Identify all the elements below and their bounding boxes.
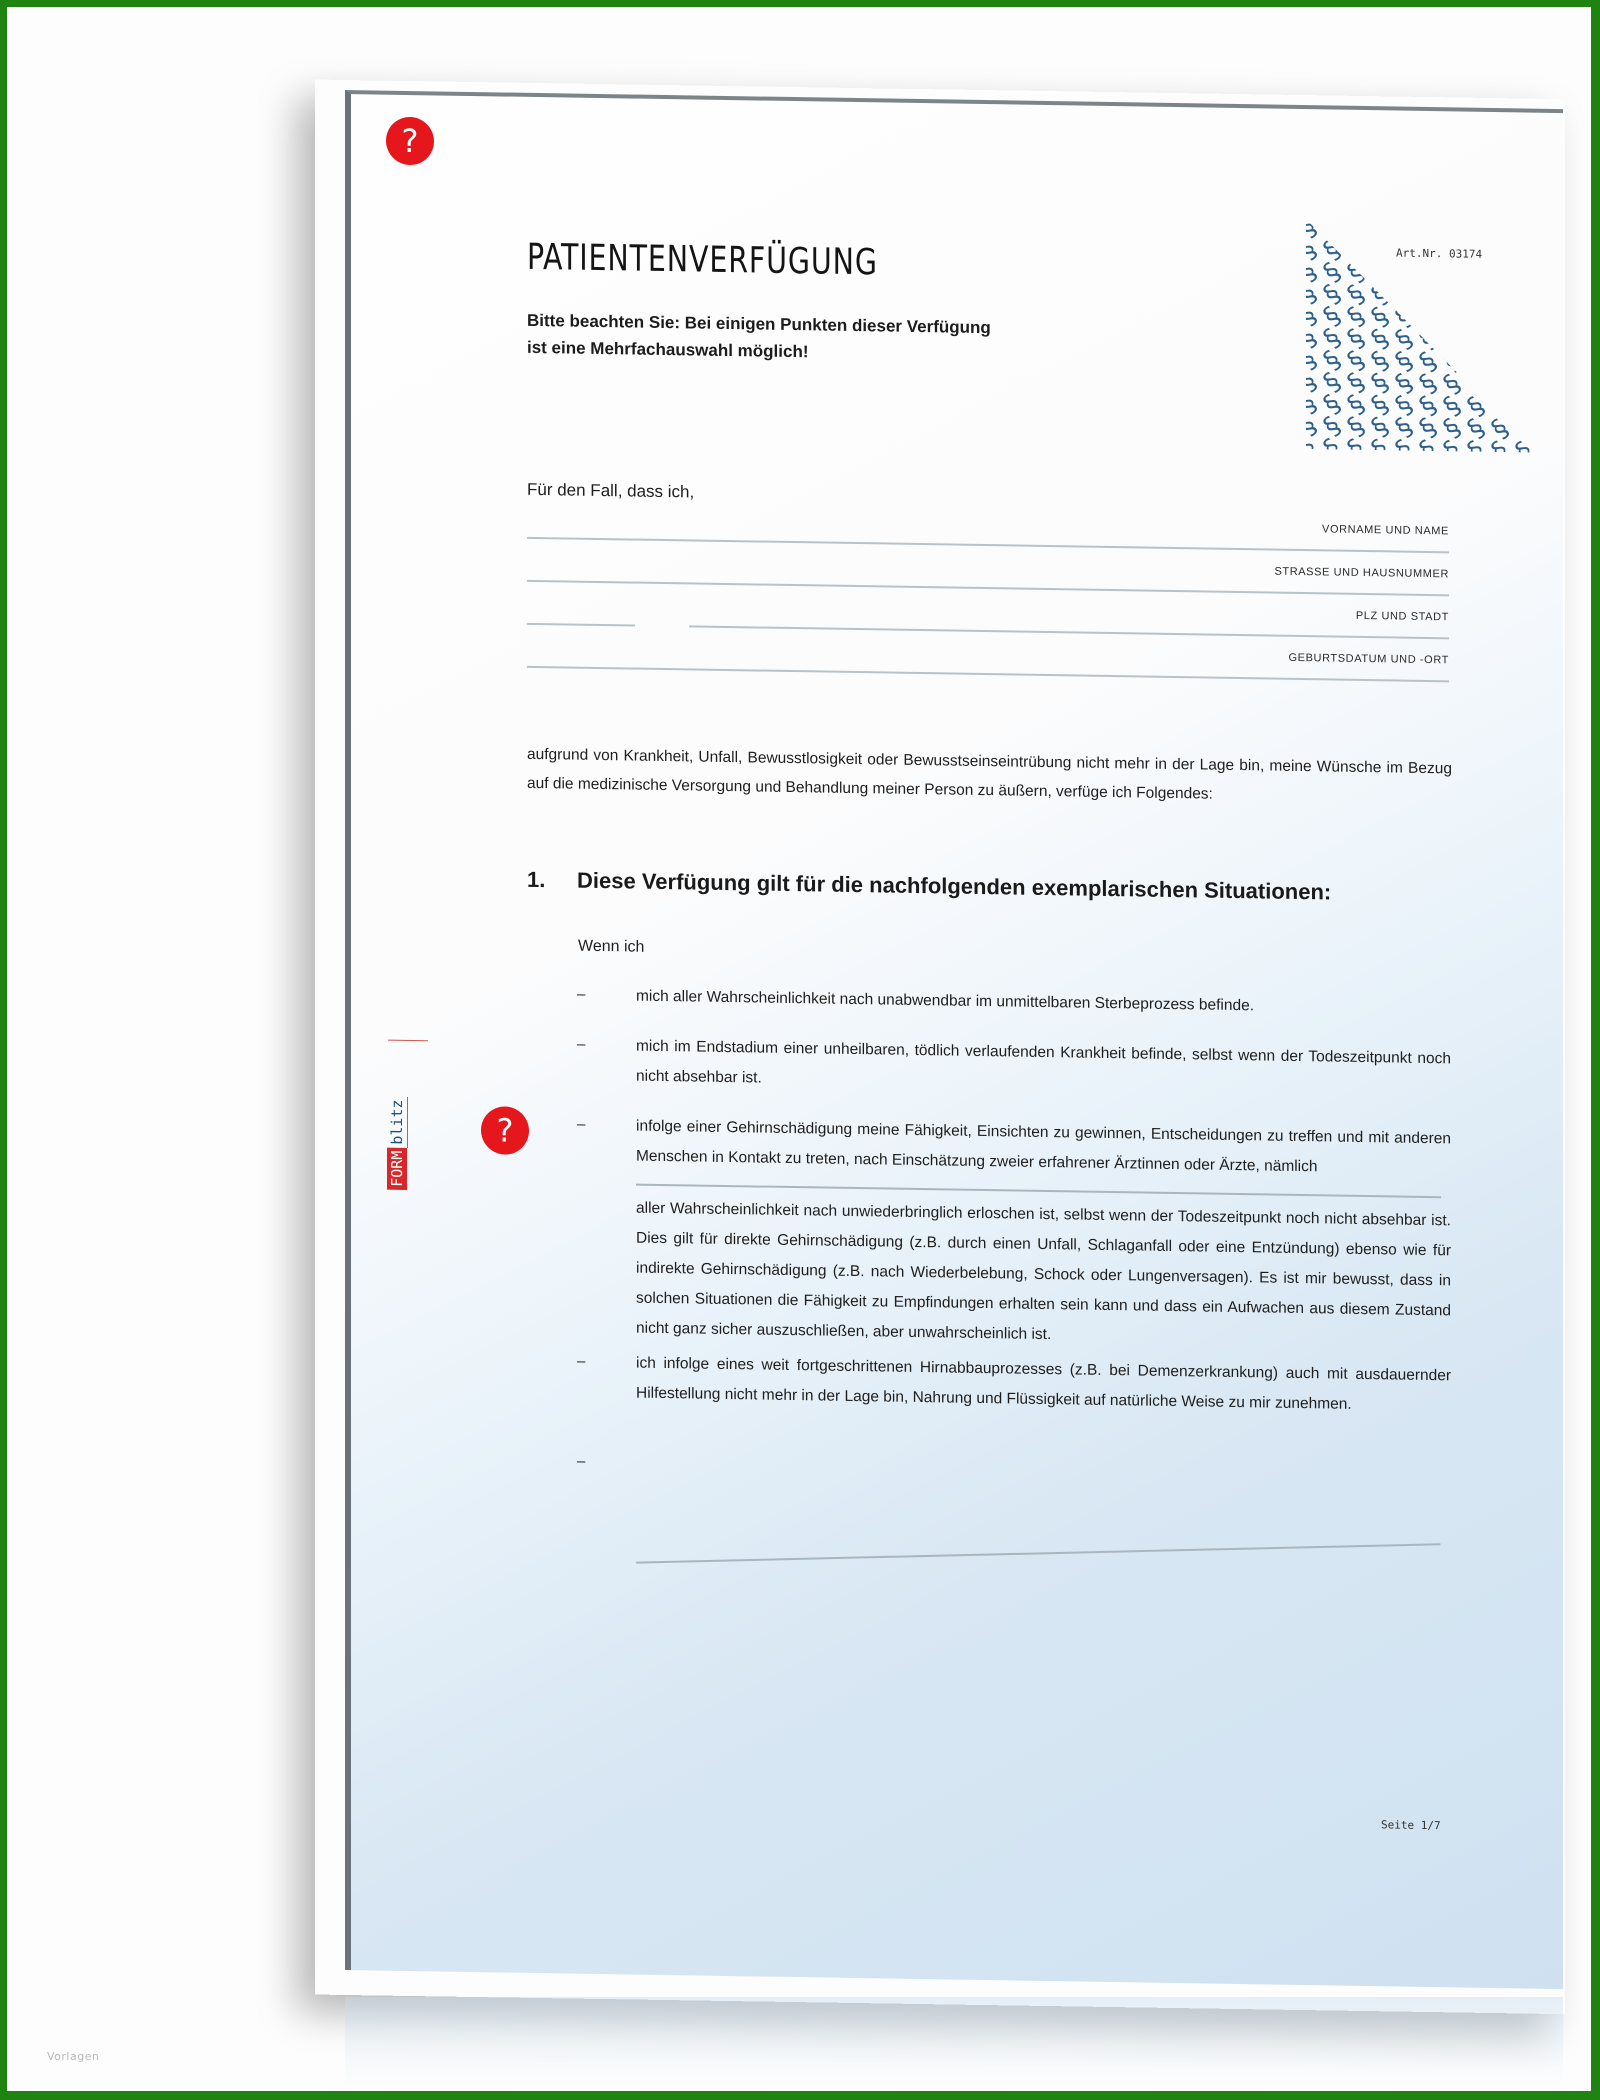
paragraph-symbol: § — [1486, 303, 1515, 334]
field-line — [527, 537, 1449, 553]
paragraph-symbol: § — [1510, 436, 1536, 453]
field-zip-city[interactable]: PLZ UND STADT — [527, 595, 1449, 639]
paragraph-symbol: § — [1462, 303, 1491, 334]
body-paragraph: aufgrund von Krankheit, Unfall, Bewusstl… — [527, 740, 1452, 813]
section-lead: Wenn ich — [578, 938, 644, 957]
item-text: infolge einer Gehirnschädigung meine Fäh… — [636, 1112, 1451, 1185]
paragraph-symbol: § — [1414, 219, 1443, 246]
paragraph-symbol: § — [1534, 348, 1536, 379]
paragraph-symbol: § — [1438, 325, 1467, 356]
paragraph-symbol: § — [1486, 281, 1515, 312]
paragraph-symbol: § — [1534, 260, 1536, 291]
paragraph-symbol: § — [1438, 303, 1467, 334]
fill-in-line[interactable] — [636, 1543, 1440, 1563]
paragraph-symbol: § — [1534, 304, 1536, 335]
section-number: 1. — [527, 867, 577, 894]
city-line — [689, 625, 1449, 639]
paragraph-symbol: § — [1534, 238, 1536, 269]
field-line — [527, 580, 1449, 596]
list-item-custom: – — [577, 1453, 1452, 1467]
paragraph-symbol: § — [1390, 280, 1419, 311]
help-icon[interactable]: ? — [386, 117, 434, 166]
multi-select-note: Bitte beachten Sie: Bei einigen Punkten … — [527, 307, 997, 368]
paragraph-symbol: § — [1438, 219, 1467, 246]
field-label: GEBURTSDATUM UND -ORT — [1289, 652, 1450, 667]
document-page: ? PATIENTENVERFÜGUNG Bitte beachten Sie:… — [345, 90, 1563, 1989]
list-item: – mich aller Wahrscheinlichkeit nach una… — [577, 986, 1452, 1000]
paragraph-symbol: § — [1510, 219, 1536, 247]
field-label: PLZ UND STADT — [1356, 610, 1449, 623]
field-street[interactable]: STRASSE UND HAUSNUMMER — [527, 552, 1449, 596]
field-label: VORNAME UND NAME — [1322, 523, 1449, 537]
page-number: Seite 1/7 — [1381, 1818, 1441, 1832]
paragraph-symbol: § — [1462, 325, 1491, 356]
formblitz-logo: FORMblitz — [388, 1040, 408, 1190]
paragraph-symbol: § — [1534, 282, 1536, 313]
paragraph-symbol: § — [1510, 282, 1536, 313]
help-icon[interactable]: ? — [481, 1106, 529, 1155]
item-dash: – — [577, 1116, 585, 1133]
paragraph-symbol: § — [1486, 325, 1515, 356]
logo-form: FORM — [387, 1148, 407, 1190]
paragraph-symbol: § — [1534, 370, 1536, 401]
paragraph-symbol: § — [1486, 219, 1515, 247]
paragraph-symbol: § — [1486, 237, 1515, 268]
paragraph-symbol: § — [1510, 238, 1536, 269]
document-title: PATIENTENVERFÜGUNG — [527, 237, 878, 284]
paragraph-symbol: § — [1390, 258, 1419, 289]
paragraph-symbol: § — [1462, 259, 1491, 290]
intro-text: Für den Fall, dass ich, — [527, 480, 694, 503]
logo-blitz: blitz — [387, 1096, 408, 1147]
paragraph-symbol: § — [1366, 236, 1395, 267]
item-text[interactable] — [636, 1454, 1451, 1467]
document-preview: ? PATIENTENVERFÜGUNG Bitte beachten Sie:… — [345, 90, 1563, 2014]
paragraph-symbol: § — [1510, 392, 1536, 423]
paragraph-symbol: § — [1414, 258, 1443, 289]
paragraph-symbol: § — [1462, 219, 1491, 246]
paragraph-symbol: § — [1414, 280, 1443, 311]
item-text: ich infolge eines weit fortgeschrittenen… — [636, 1349, 1451, 1422]
list-item: – infolge einer Gehirnschädigung meine F… — [577, 1116, 1452, 1130]
paragraph-symbol: § — [1414, 302, 1443, 333]
paragraph-symbol: § — [1438, 281, 1467, 312]
field-birth[interactable]: GEBURTSDATUM UND -ORT — [527, 638, 1449, 682]
field-line — [527, 666, 1449, 682]
section-heading: 1.Diese Verfügung gilt für die nachfolge… — [527, 867, 1331, 906]
paragraph-symbol: § — [1510, 370, 1536, 401]
paragraph-symbol: § — [1342, 219, 1371, 245]
item-dash: – — [577, 986, 585, 1003]
paragraph-symbol: § — [1366, 258, 1395, 289]
item-text: mich aller Wahrscheinlichkeit nach unabw… — [636, 982, 1451, 1025]
list-item: – ich infolge eines weit fortgeschritten… — [577, 1353, 1452, 1367]
section-title: Diese Verfügung gilt für die nachfolgend… — [577, 868, 1331, 905]
list-item: – mich im Endstadium einer unheilbaren, … — [577, 1036, 1452, 1050]
item-text: mich im Endstadium einer unheilbaren, tö… — [636, 1032, 1451, 1105]
paragraph-symbol: § — [1510, 304, 1536, 335]
item-continuation-text: aller Wahrscheinlichkeit nach unwiederbr… — [636, 1194, 1451, 1357]
field-label: STRASSE UND HAUSNUMMER — [1274, 566, 1449, 581]
watermark: Vorlagen — [47, 2050, 99, 2063]
field-name[interactable]: VORNAME UND NAME — [527, 509, 1449, 553]
paragraph-symbol: § — [1438, 259, 1467, 290]
paragraph-symbol: § — [1486, 347, 1515, 378]
item-dash: – — [577, 1036, 585, 1053]
paragraph-symbol: § — [1534, 219, 1536, 248]
item-dash: – — [577, 1353, 585, 1370]
paragraph-symbol: § — [1534, 392, 1536, 423]
paragraph-symbol: § — [1462, 281, 1491, 312]
paragraph-symbol: § — [1462, 347, 1491, 378]
paragraph-symbol: § — [1390, 219, 1419, 245]
zip-line — [527, 623, 635, 627]
paragraph-symbol: § — [1510, 326, 1536, 357]
paragraph-symbol: § — [1534, 436, 1536, 453]
paragraph-symbol: § — [1510, 260, 1536, 291]
paragraph-symbol: § — [1534, 326, 1536, 357]
paragraph-symbol: § — [1510, 348, 1536, 379]
paragraph-symbol: § — [1486, 369, 1515, 400]
paragraph-symbol: § — [1534, 414, 1536, 445]
image-frame: ? PATIENTENVERFÜGUNG Bitte beachten Sie:… — [7, 7, 1591, 2091]
article-number: Art.Nr. 03174 — [1396, 247, 1482, 261]
item-dash: – — [577, 1453, 585, 1470]
page-reflection — [345, 1997, 1563, 2087]
paragraph-symbol: § — [1366, 219, 1395, 245]
paragraph-symbol: § — [1486, 259, 1515, 290]
